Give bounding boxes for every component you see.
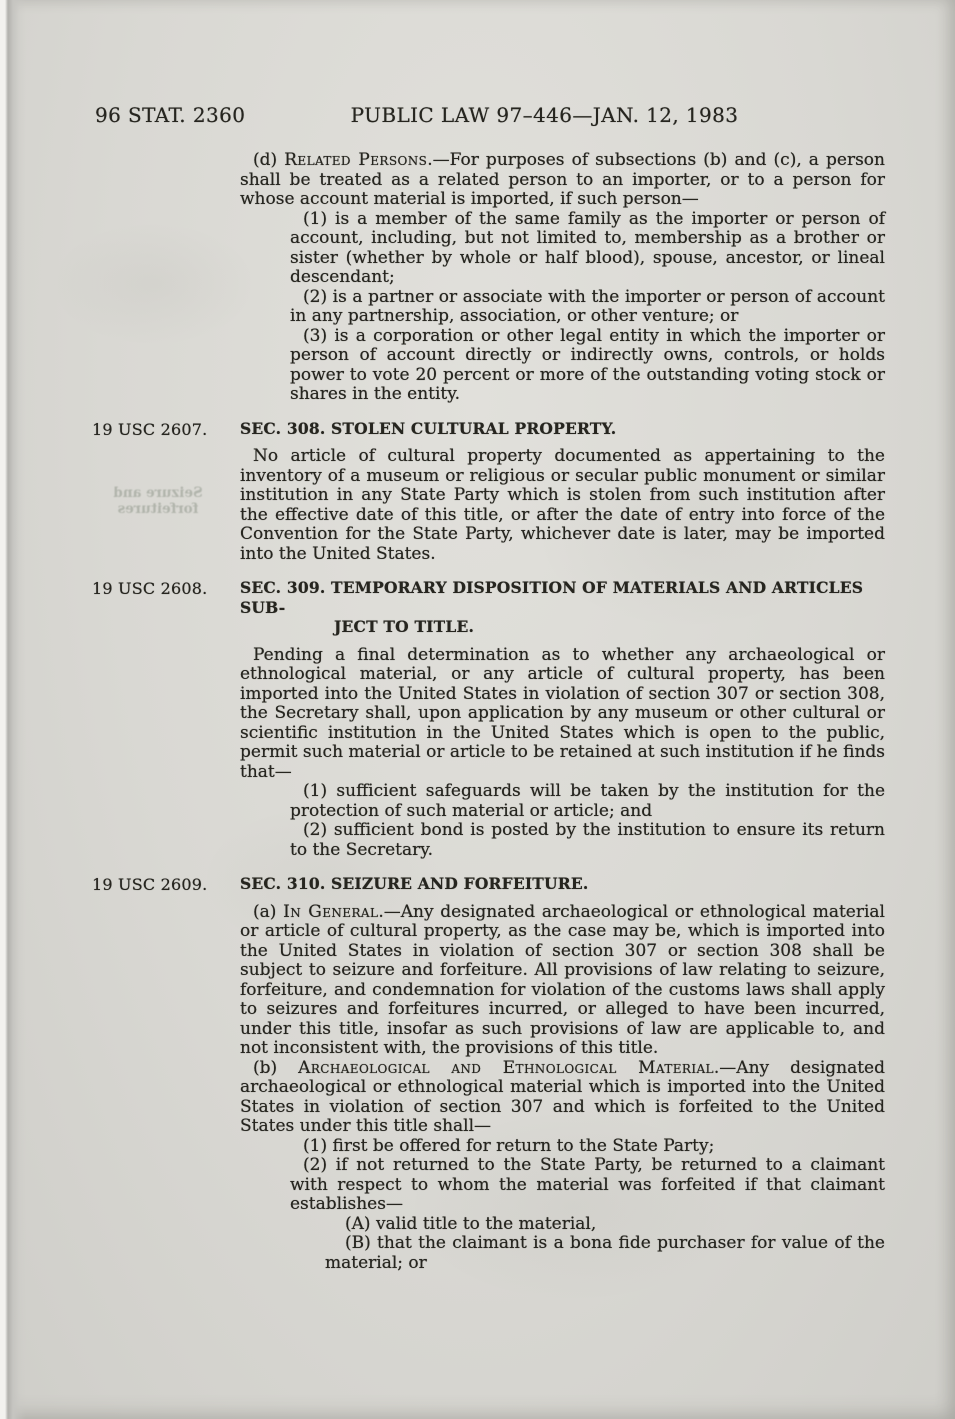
paragraph: No article of cultural property document… (240, 447, 885, 564)
list-item: (1) first be offered for return to the S… (240, 1137, 885, 1157)
heading-line: SEC. 309. TEMPORARY DISPOSITION OF MATER… (240, 578, 885, 617)
section-heading: 19 USC 2609.SEC. 310. SEIZURE AND FORFEI… (240, 874, 885, 894)
uscode-margin-note: 19 USC 2609. (92, 875, 236, 895)
text-run: Pending a final determination as to whet… (240, 645, 885, 782)
heading-line: SEC. 310. SEIZURE AND FORFEITURE. (240, 874, 885, 894)
text-run: (2) is a partner or associate with the i… (290, 287, 885, 327)
paragraph: (b) Archaeological and Ethnological Mate… (240, 1059, 885, 1137)
uscode-margin-note: 19 USC 2607. (92, 420, 236, 440)
list-item: (2) sufficient bond is posted by the ins… (240, 821, 885, 860)
uscode-margin-note: 19 USC 2608. (92, 579, 236, 599)
paragraph: (d) Related Persons.—For purposes of sub… (240, 151, 885, 210)
text-run: (1) is a member of the same family as th… (290, 209, 885, 288)
text-run: (2) if not returned to the State Party, … (290, 1155, 885, 1214)
heading-line: JECT TO TITLE. (334, 617, 885, 637)
smallcaps-run: In General (283, 902, 378, 922)
scan-edge-artifact (0, 0, 26, 1419)
section-heading: 19 USC 2607.SEC. 308. STOLEN CULTURAL PR… (240, 419, 885, 439)
bleedthrough-margin-note: Seizure and forfeitures (110, 486, 206, 517)
smallcaps-run: Archaeological and Ethnological Material (298, 1058, 714, 1078)
text-run: (a) (253, 902, 283, 922)
text-run: (1) first be offered for return to the S… (303, 1136, 714, 1156)
list-item: (B) that the claimant is a bona fide pur… (240, 1234, 885, 1273)
bleedthrough-line: Seizure and (110, 486, 206, 502)
list-item: (1) is a member of the same family as th… (240, 210, 885, 288)
heading-line: SEC. 308. STOLEN CULTURAL PROPERTY. (240, 419, 885, 439)
text-run: (A) valid title to the material, (345, 1214, 596, 1234)
bleedthrough-line: forfeitures (110, 502, 206, 518)
document-body: (d) Related Persons.—For purposes of sub… (240, 151, 885, 1273)
section-heading: 19 USC 2608.SEC. 309. TEMPORARY DISPOSIT… (240, 578, 885, 637)
list-item: (2) if not returned to the State Party, … (240, 1156, 885, 1215)
law-title: PUBLIC LAW 97–446—JAN. 12, 1983 (222, 103, 867, 127)
list-item: (2) is a partner or associate with the i… (240, 288, 885, 327)
text-run: No article of cultural property document… (240, 446, 885, 564)
list-item: (1) sufficient safeguards will be taken … (240, 782, 885, 821)
list-item: (3) is a corporation or other legal enti… (240, 327, 885, 405)
text-run: (B) that the claimant is a bona fide pur… (325, 1233, 885, 1273)
running-header: 96 STAT. 2360 PUBLIC LAW 97–446—JAN. 12,… (0, 103, 955, 129)
paragraph: Pending a final determination as to whet… (240, 646, 885, 783)
paragraph: (a) In General.—Any designated archaeolo… (240, 903, 885, 1059)
text-run: .—Any designated archaeological or ethno… (240, 902, 885, 1059)
text-run: (b) (253, 1058, 298, 1078)
text-run: (3) is a corporation or other legal enti… (290, 326, 885, 405)
smallcaps-run: Related Persons (284, 150, 427, 170)
list-item: (A) valid title to the material, (240, 1215, 885, 1235)
text-run: (1) sufficient safeguards will be taken … (290, 781, 885, 821)
text-run: (d) (253, 150, 284, 170)
text-run: (2) sufficient bond is posted by the ins… (290, 820, 885, 860)
scanned-statute-page: 96 STAT. 2360 PUBLIC LAW 97–446—JAN. 12,… (0, 0, 955, 1419)
